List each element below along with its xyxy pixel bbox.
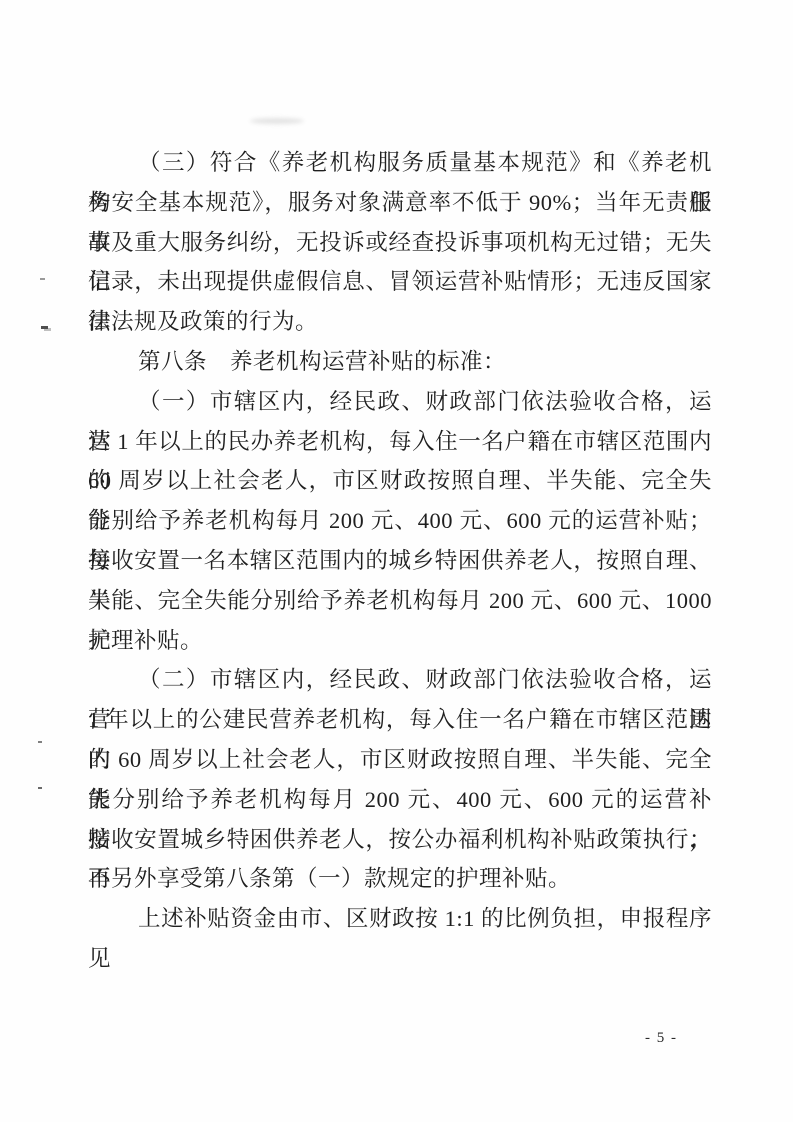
text-line-8: 达 1 年以上的民办养老机构，每入住一名户籍在市辖区范围内的: [88, 422, 712, 462]
scan-mark: [41, 326, 48, 329]
text-line-15: 1 年以上的公建民营养老机构，每入住一名户籍在市辖区范围内: [88, 700, 712, 740]
text-line-10: 分别给予养老机构每月 200 元、400 元、600 元的运营补贴；每: [88, 501, 712, 541]
text-line-7: （一）市辖区内，经民政、财政部门依法验收合格，运营: [88, 382, 712, 422]
text-line-20: 上述补贴资金由市、区财政按 1:1 的比例负担，申报程序见: [88, 899, 712, 939]
scan-mark: [40, 278, 45, 280]
page-number: - 5 -: [645, 1030, 678, 1047]
text-line-1: （三）符合《养老机构服务质量基本规范》和《养老机构服: [88, 143, 712, 183]
scan-mark: [38, 787, 42, 789]
scanned-document-page: （三）符合《养老机构服务质量基本规范》和《养老机构服务安全基本规范》，服务对象满…: [0, 0, 793, 1122]
text-line-2: 务安全基本规范》，服务对象满意率不低于 90%；当年无责任事: [88, 183, 712, 223]
text-line-3: 故及重大服务纠纷，无投诉或经查投诉事项机构无过错；无失信: [88, 223, 712, 263]
document-text-block: （三）符合《养老机构服务质量基本规范》和《养老机构服务安全基本规范》，服务对象满…: [88, 143, 712, 939]
text-line-13: 护理补贴。: [88, 621, 712, 661]
scan-mark: [38, 741, 42, 743]
text-line-11: 接收安置一名本辖区范围内的城乡特困供养老人，按照自理、半: [88, 541, 712, 581]
text-line-4: 记录，未出现提供虚假信息、冒领运营补贴情形；无违反国家法: [88, 262, 712, 302]
text-line-6: 第八条 养老机构运营补贴的标准：: [88, 342, 712, 382]
text-line-12: 失能、完全失能分别给予养老机构每月 200 元、600 元、1000 元: [88, 581, 712, 621]
text-line-16: 的 60 周岁以上社会老人，市区财政按照自理、半失能、完全失: [88, 740, 712, 780]
text-line-5: 律法规及政策的行为。: [88, 302, 712, 342]
text-line-14: （二）市辖区内，经民政、财政部门依法验收合格，运营达: [88, 660, 712, 700]
text-line-9: 60 周岁以上社会老人，市区财政按照自理、半失能、完全失能: [88, 461, 712, 501]
text-line-19: 再另外享受第八条第（一）款规定的护理补贴。: [88, 859, 712, 899]
scan-smudge: [250, 118, 304, 124]
text-line-17: 能分别给予养老机构每月 200 元、400 元、600 元的运营补贴；: [88, 780, 712, 820]
text-line-18: 接收安置城乡特困供养老人，按公办福利机构补贴政策执行，不: [88, 820, 712, 860]
